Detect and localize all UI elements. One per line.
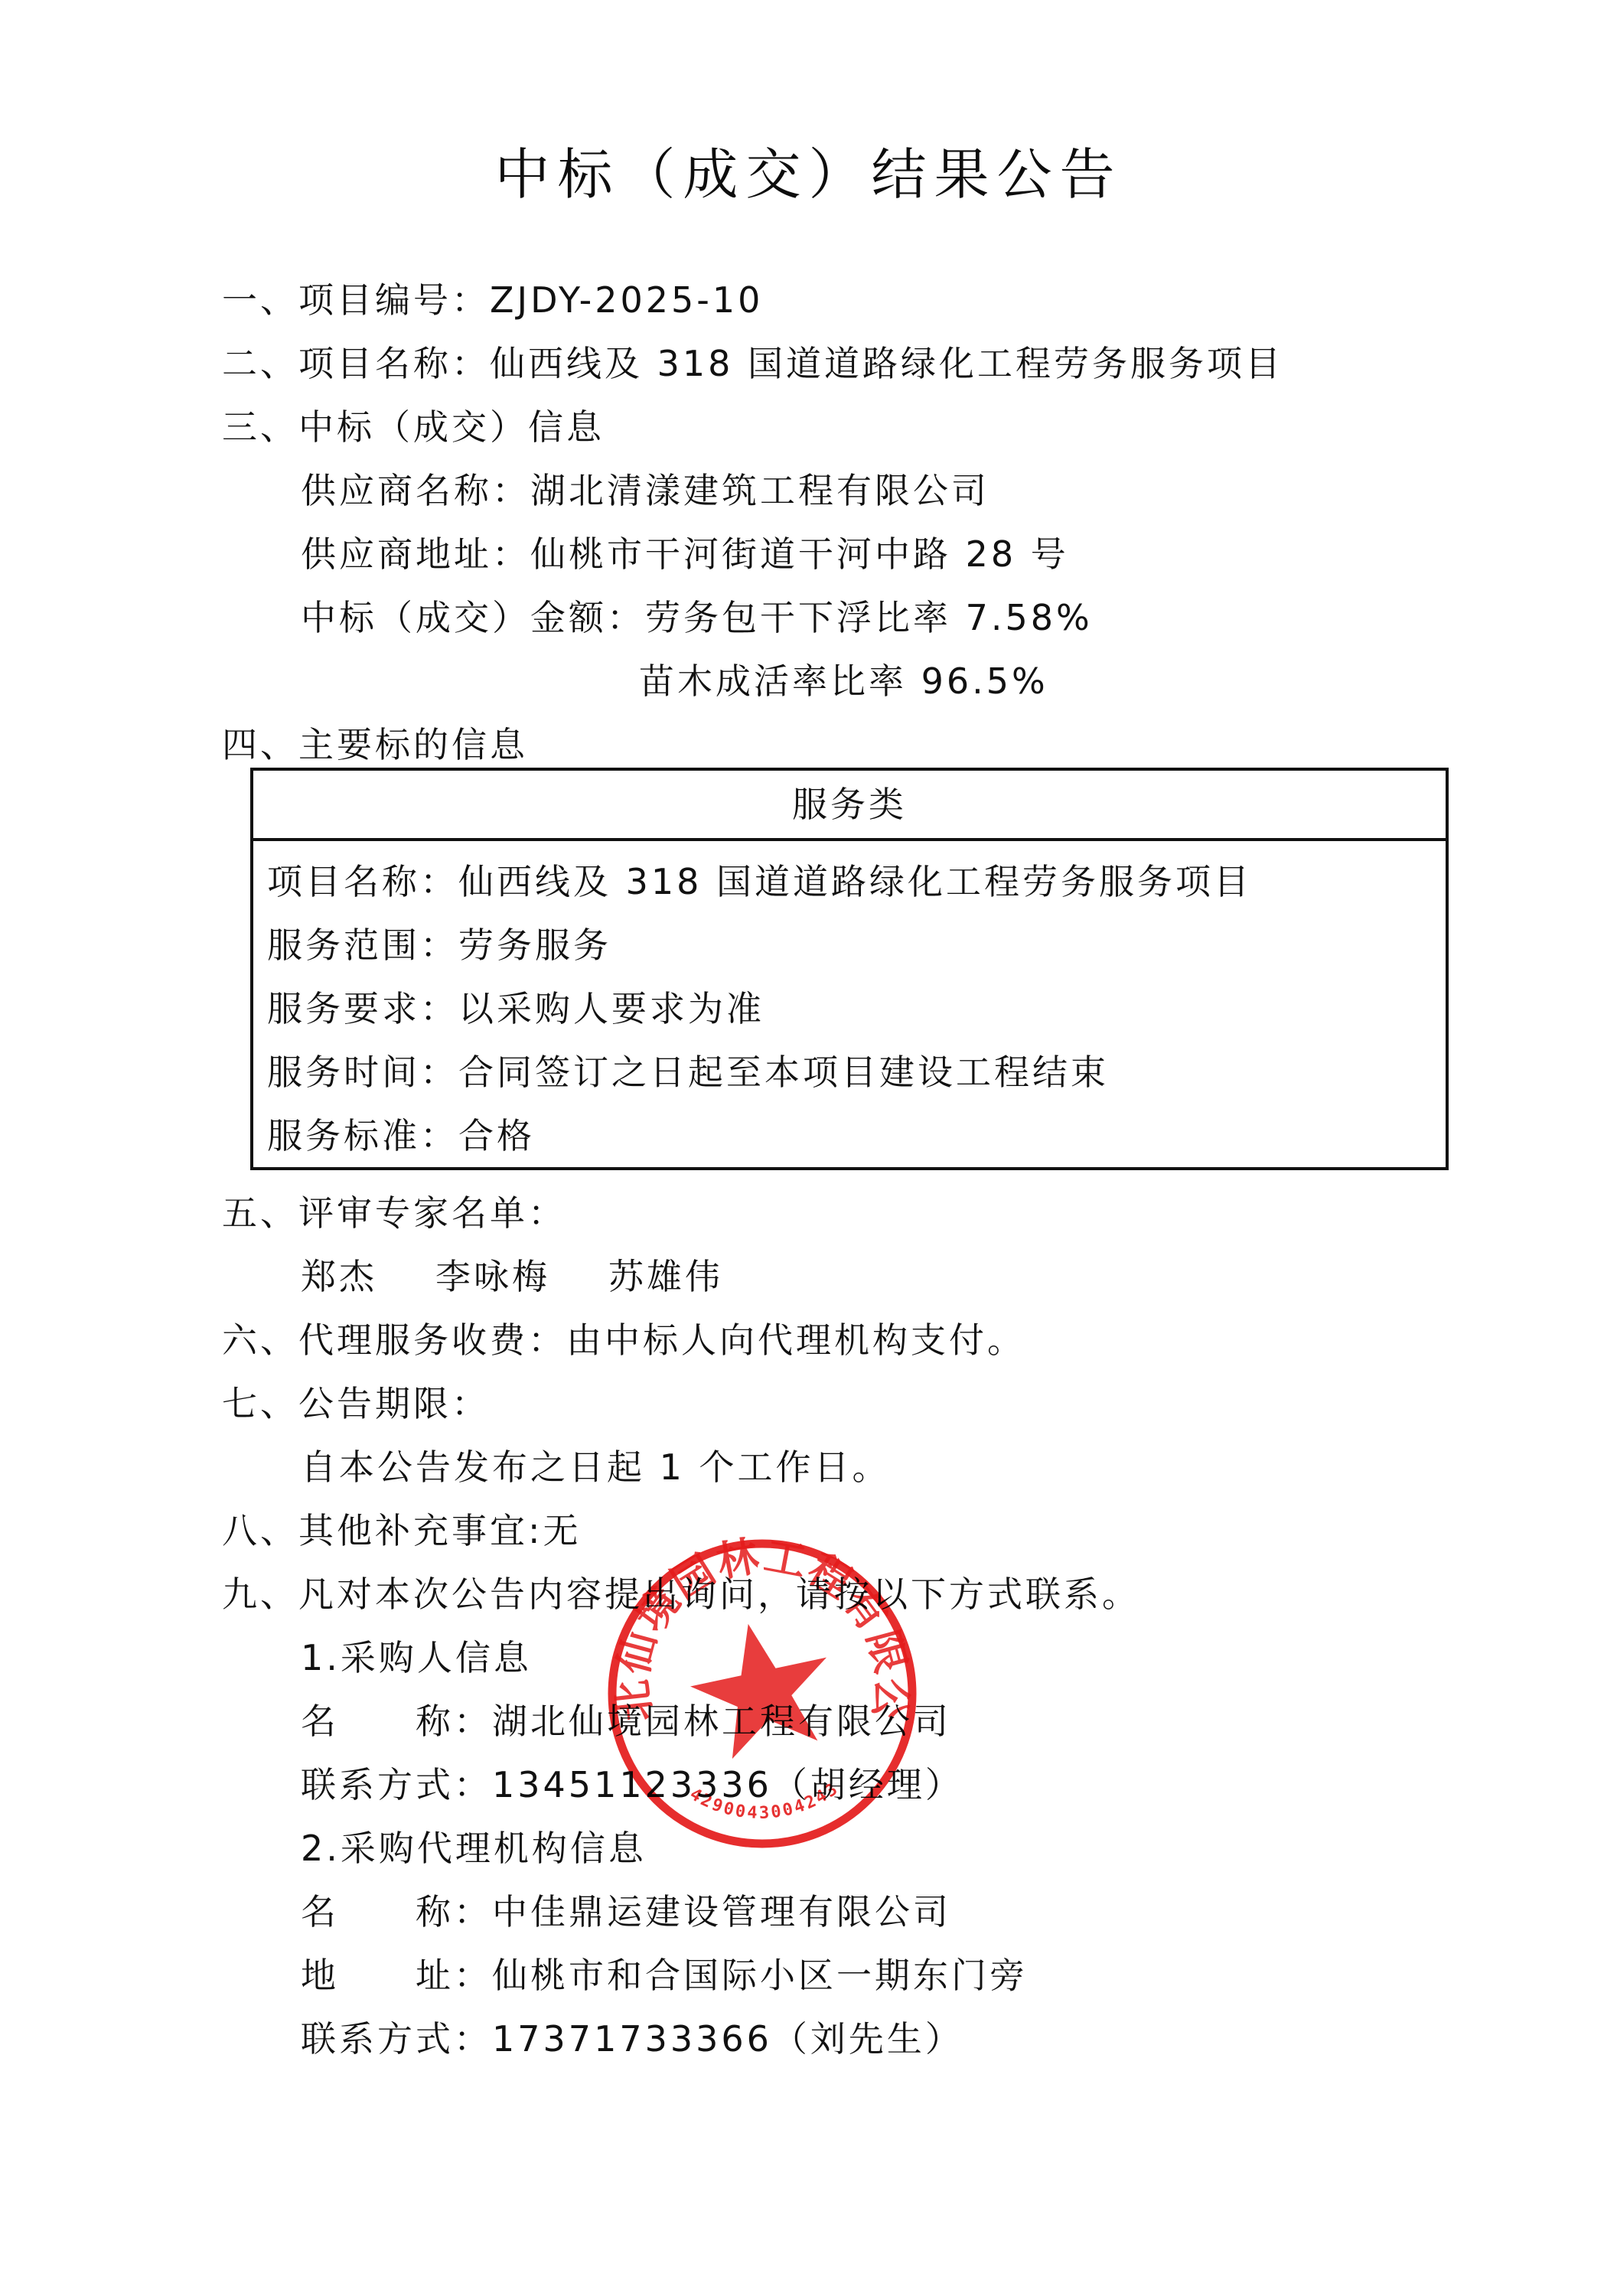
notice-period-value: 自本公告发布之日起 1 个工作日。: [301, 1444, 891, 1490]
table-row-label: 服务时间：: [267, 1052, 458, 1093]
agency-contact-line: 联系方式：17371733366（刘先生）: [301, 2016, 963, 2062]
purchaser-contact-line: 联系方式：13451123336（胡经理）: [301, 1762, 963, 1808]
supplier-name-line: 供应商名称：湖北清漾建筑工程有限公司: [301, 468, 989, 514]
subject-info-heading: 四、主要标的信息: [222, 722, 528, 768]
project-name-value: 仙西线及 318 国道道路绿化工程劳务服务项目: [490, 343, 1283, 384]
project-number-line: 一、项目编号：ZJDY-2025-10: [222, 277, 763, 323]
table-row-value: 合格: [458, 1115, 535, 1156]
table-row-value: 以采购人要求为准: [458, 988, 764, 1029]
table-row-value: 合同签订之日起至本项目建设工程结束: [458, 1052, 1109, 1093]
project-number-value: ZJDY-2025-10: [490, 279, 763, 321]
project-number-label: 一、项目编号：: [222, 279, 490, 321]
bid-amount-label: 中标（成交）金额：: [301, 597, 645, 638]
other-matters-label: 八、其他补充事宜:: [222, 1510, 543, 1551]
expert-list-heading: 五、评审专家名单：: [222, 1190, 566, 1236]
agency-contact-value: 17371733366（刘先生）: [492, 2018, 963, 2060]
agency-name-value: 中佳鼎运建设管理有限公司: [492, 1891, 951, 1932]
bid-amount-line-2: 苗木成活率比率 96.5%: [639, 658, 1048, 704]
expert-name: 李咏梅: [435, 1254, 550, 1300]
purchaser-name-line: 名 称：湖北仙境园林工程有限公司: [301, 1698, 951, 1744]
expert-names: 郑杰 李咏梅 苏雄伟: [301, 1254, 723, 1300]
table-row-label: 服务要求：: [267, 988, 458, 1029]
supplier-address-value: 仙桃市干河街道干河中路 28 号: [530, 533, 1069, 575]
agency-heading: 2.采购代理机构信息: [301, 1825, 647, 1871]
agency-address-value: 仙桃市和合国际小区一期东门旁: [492, 1955, 1028, 1996]
bid-info-heading: 三、中标（成交）信息: [222, 404, 605, 450]
table-row: 服务时间：合同签订之日起至本项目建设工程结束: [267, 1049, 1109, 1095]
table-row: 服务标准：合格: [267, 1113, 535, 1159]
table-row-value: 劳务服务: [458, 925, 611, 966]
subject-info-table: 服务类 项目名称：仙西线及 318 国道道路绿化工程劳务服务项目 服务范围：劳务…: [250, 768, 1449, 1170]
agency-fee-line: 六、代理服务收费：由中标人向代理机构支付。: [222, 1317, 1025, 1363]
agency-name-line: 名 称：中佳鼎运建设管理有限公司: [301, 1889, 951, 1935]
notice-period-heading: 七、公告期限：: [222, 1381, 490, 1427]
svg-text:湖北仙境园林工程有限公司: 湖北仙境园林工程有限公司: [605, 1537, 917, 1724]
other-matters-value: 无: [543, 1510, 582, 1551]
table-row-value: 仙西线及 318 国道道路绿化工程劳务服务项目: [458, 861, 1252, 902]
table-row-label: 服务标准：: [267, 1115, 458, 1156]
table-row-label: 服务范围：: [267, 925, 458, 966]
table-header: 服务类: [253, 771, 1446, 841]
purchaser-contact-label: 联系方式：: [301, 1764, 492, 1805]
supplier-address-line: 供应商地址：仙桃市干河街道干河中路 28 号: [301, 531, 1069, 577]
purchaser-heading: 1.采购人信息: [301, 1635, 532, 1681]
purchaser-name-label: 名 称：: [301, 1701, 492, 1742]
expert-name: 郑杰: [301, 1254, 377, 1300]
agency-fee-value: 由中标人向代理机构支付。: [566, 1319, 1025, 1361]
table-row: 服务范围：劳务服务: [267, 922, 611, 968]
other-matters-line: 八、其他补充事宜:无: [222, 1508, 582, 1554]
agency-contact-label: 联系方式：: [301, 2018, 492, 2060]
contact-heading: 九、凡对本次公告内容提出询问，请按以下方式联系。: [222, 1571, 1140, 1617]
agency-address-line: 地 址：仙桃市和合国际小区一期东门旁: [301, 1952, 1028, 1998]
agency-fee-label: 六、代理服务收费：: [222, 1319, 566, 1361]
table-row: 项目名称：仙西线及 318 国道道路绿化工程劳务服务项目: [267, 859, 1252, 905]
purchaser-name-value: 湖北仙境园林工程有限公司: [492, 1701, 951, 1742]
table-row-label: 项目名称：: [267, 861, 458, 902]
agency-address-label: 地 址：: [301, 1955, 492, 1996]
page-title: 中标（成交）结果公告: [0, 136, 1617, 213]
project-name-label: 二、项目名称：: [222, 343, 490, 384]
announcement-page: 中标（成交）结果公告 一、项目编号：ZJDY-2025-10 二、项目名称：仙西…: [0, 0, 1617, 2296]
table-row: 服务要求：以采购人要求为准: [267, 986, 764, 1032]
seal-text: 湖北仙境园林工程有限公司: [605, 1537, 917, 1724]
project-name-line: 二、项目名称：仙西线及 318 国道道路绿化工程劳务服务项目: [222, 341, 1283, 386]
bid-amount-value-1: 劳务包干下浮比率 7.58%: [645, 597, 1093, 638]
supplier-address-label: 供应商地址：: [301, 533, 530, 575]
supplier-name-label: 供应商名称：: [301, 470, 530, 511]
agency-name-label: 名 称：: [301, 1891, 492, 1932]
supplier-name-value: 湖北清漾建筑工程有限公司: [530, 470, 989, 511]
expert-name: 苏雄伟: [608, 1254, 723, 1300]
purchaser-contact-value: 13451123336（胡经理）: [492, 1764, 963, 1805]
bid-amount-line: 中标（成交）金额：劳务包干下浮比率 7.58%: [301, 595, 1093, 641]
